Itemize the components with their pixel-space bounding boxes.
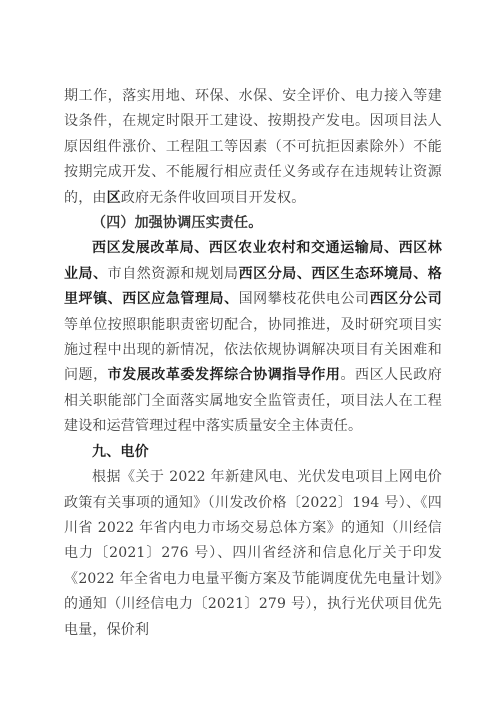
document-page: 期工作，落实用地、环保、水保、安全评价、电力接入等建设条件，在规定时限开工建设、… — [0, 0, 500, 707]
text-run: 国网攀枝花供电公司 — [239, 291, 370, 307]
text-run: 九、电价 — [92, 444, 149, 460]
text-run: 政府无条件收回项目开发权。 — [121, 190, 306, 206]
text-run: 期工作，落实用地、环保、水保、安全评价、电力接入等建设条件，在规定时限开工建设、… — [64, 88, 442, 206]
paragraph: 九、电价 — [64, 440, 442, 465]
text-run: （四）加强协调压实责任。 — [92, 215, 262, 231]
text-run: 根据《关于 2022 年新建风电、光伏发电项目上网电价政策有关事项的通知》（川发… — [64, 469, 442, 637]
text-run: 区 — [107, 190, 121, 206]
paragraph: 期工作，落实用地、环保、水保、安全评价、电力接入等建设条件，在规定时限开工建设、… — [64, 84, 442, 211]
paragraph: 西区发展改革局、西区农业农村和交通运输局、西区林业局、市自然资源和规划局西区分局… — [64, 236, 442, 439]
paragraph: （四）加强协调压实责任。 — [64, 211, 442, 236]
text-run: 西区分公司 — [370, 291, 442, 307]
text-run: 市发展改革委发挥综合协调指导作用 — [108, 367, 341, 383]
text-run: 市自然资源和规划局 — [108, 266, 239, 282]
document-body: 期工作，落实用地、环保、水保、安全评价、电力接入等建设条件，在规定时限开工建设、… — [64, 84, 442, 643]
paragraph: 根据《关于 2022 年新建风电、光伏发电项目上网电价政策有关事项的通知》（川发… — [64, 465, 442, 643]
